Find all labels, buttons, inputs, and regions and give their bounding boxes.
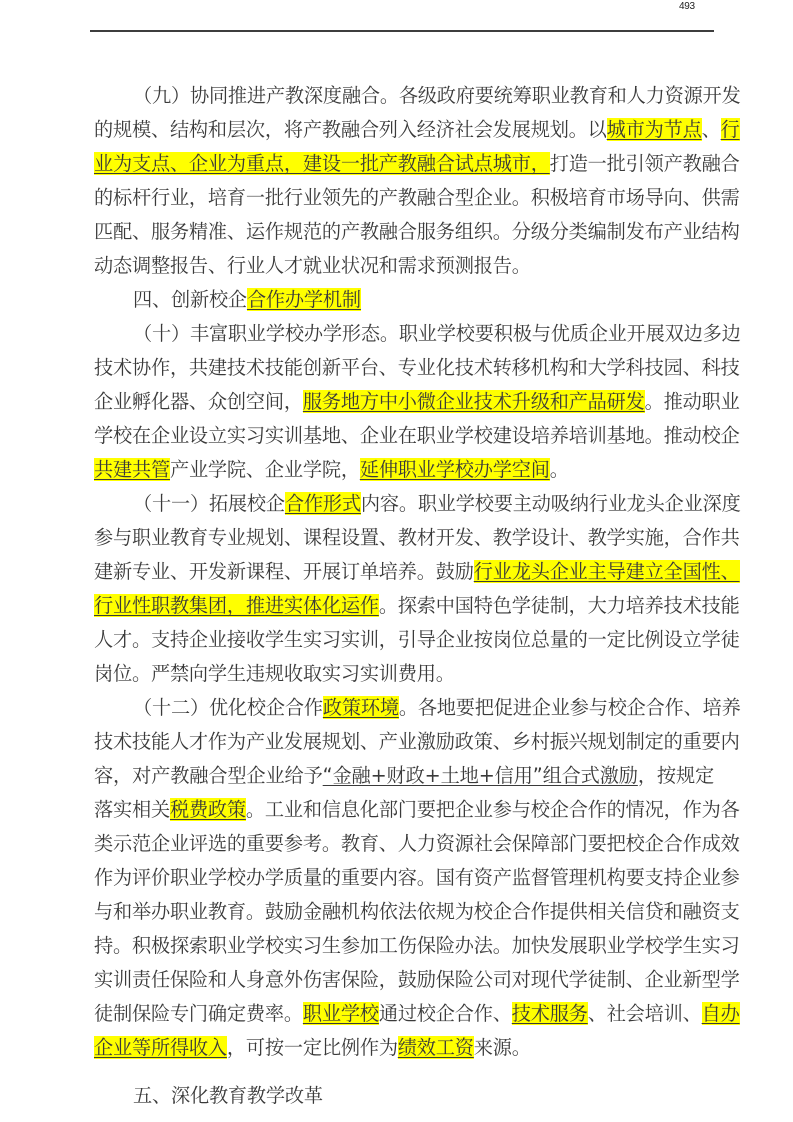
highlighted-text: 企业等所得收入	[94, 1036, 227, 1059]
highlighted-text: 共建共管	[94, 458, 170, 481]
highlighted-text: 绩效工资	[398, 1036, 474, 1059]
text-segment: 容，对产教融合型企业给予	[94, 764, 323, 787]
text-segment: ，可按一定比例作为	[227, 1036, 398, 1059]
text-segment: 。工业和信息化部门要把企业参与校企合作的情况，作为各	[246, 798, 740, 821]
text-line: 作为评价职业学校办学质量的重要内容。国有资产监督管理机构要支持企业参	[94, 866, 714, 890]
text-segment: 来源。	[474, 1036, 531, 1059]
text-segment: 。各地要把促进企业参与校企合作、培养	[399, 696, 741, 719]
highlighted-text: 自办	[702, 1002, 740, 1025]
text-line: （十）丰富职业学校办学形态。职业学校要积极与优质企业开展双边多边	[133, 322, 714, 346]
text-segment: 内容。职业学校要主动吸纳行业龙头企业深度	[361, 492, 741, 515]
text-line: 类示范企业评选的重要参考。教育、人力资源社会保障部门要把校企合作成效	[94, 832, 714, 856]
text-segment: 人才。支持企业接收学生实习实训，引导企业按岗位总量的一定比例设立学徒	[94, 628, 740, 651]
text-segment: 作为评价职业学校办学质量的重要内容。国有资产监督管理机构要支持企业参	[94, 866, 740, 889]
highlighted-text: 合作办学机制	[247, 288, 361, 311]
text-line: 徒制保险专门确定费率。职业学校通过校企合作、技术服务、社会培训、自办	[94, 1002, 714, 1026]
highlighted-text: 政策环境	[323, 696, 399, 719]
text-segment: 企业孵化器、众创空间，	[94, 390, 303, 413]
text-segment: （十）丰富职业学校办学形态。职业学校要积极与优质企业开展双边多边	[133, 322, 741, 345]
highlighted-text: 技术服务	[512, 1002, 588, 1025]
text-segment: 岗位。严禁向学生违规收取实习实训费用。	[94, 662, 455, 685]
text-line: 实训责任保险和人身意外伤害保险，鼓励保险公司对现代学徒制、企业新型学	[94, 968, 714, 992]
text-line: 共建共管产业学院、企业学院，延伸职业学校办学空间。	[94, 458, 714, 482]
highlighted-text: 税费政策	[170, 798, 246, 821]
text-segment: 五、深化教育教学改革	[133, 1084, 323, 1107]
highlighted-text: 业为支点、企业为重点，建设一批产教融合试点城市，	[94, 152, 550, 175]
underlined-text: “金融+财政+土地+信用”组合式激励	[323, 764, 638, 787]
text-line: 匹配、服务精准、运作规范的产教融合服务组织。分级分类编制发布产业结构	[94, 220, 714, 244]
text-segment: ，按规定	[638, 764, 714, 787]
text-segment: 四、创新校企	[133, 288, 247, 311]
text-segment: 建新专业、开发新课程、开展订单培养。鼓励	[94, 560, 474, 583]
text-segment: 的规模、结构和层次，将产教融合列入经济社会发展规划。以	[94, 118, 607, 141]
text-line: 容，对产教融合型企业给予“金融+财政+土地+信用”组合式激励，按规定	[94, 764, 714, 788]
text-segment: 打造一批引领产教融合	[550, 152, 740, 175]
text-segment: 。探索中国特色学徒制，大力培养技术技能	[379, 594, 740, 617]
text-segment: 参与职业教育专业规划、课程设置、教材开发、教学设计、教学实施，合作共	[94, 526, 740, 549]
text-segment: 、社会培训、	[588, 1002, 702, 1025]
text-segment: 通过校企合作、	[379, 1002, 512, 1025]
text-line: （十一）拓展校企合作形式内容。职业学校要主动吸纳行业龙头企业深度	[133, 492, 714, 516]
text-line: 人才。支持企业接收学生实习实训，引导企业按岗位总量的一定比例设立学徒	[94, 628, 714, 652]
highlighted-text: 城市为节点	[607, 118, 702, 141]
text-line: 参与职业教育专业规划、课程设置、教材开发、教学设计、教学实施，合作共	[94, 526, 714, 550]
text-line: 企业等所得收入，可按一定比例作为绩效工资来源。	[94, 1036, 714, 1060]
page-number: 493	[679, 1, 695, 12]
highlighted-text: 行业龙头企业主导建立全国性、	[474, 560, 740, 583]
text-line: 五、深化教育教学改革	[133, 1084, 714, 1108]
text-segment: （十二）优化校企合作	[133, 696, 323, 719]
text-line: 落实相关税费政策。工业和信息化部门要把企业参与校企合作的情况，作为各	[94, 798, 714, 822]
text-segment: 产业学院、企业学院，	[170, 458, 360, 481]
text-segment: 。	[550, 458, 569, 481]
text-segment: 类示范企业评选的重要参考。教育、人力资源社会保障部门要把校企合作成效	[94, 832, 740, 855]
text-line: 动态调整报告、行业人才就业状况和需求预测报告。	[94, 254, 714, 278]
text-line: 四、创新校企合作办学机制	[133, 288, 714, 312]
text-segment: 匹配、服务精准、运作规范的产教融合服务组织。分级分类编制发布产业结构	[94, 220, 740, 243]
text-line: （九）协同推进产教深度融合。各级政府要统筹职业教育和人力资源开发	[133, 84, 714, 108]
text-segment: 与和举办职业教育。鼓励金融机构依法依规为校企合作提供相关信贷和融资支	[94, 900, 740, 923]
highlighted-text: 服务地方中小微企业技术升级和产品研发	[303, 390, 645, 413]
text-segment: （十一）拓展校企	[133, 492, 285, 515]
text-line: 学校在企业设立实习实训基地、企业在职业学校建设培养培训基地。推动校企	[94, 424, 714, 448]
highlighted-text: 行	[721, 118, 740, 141]
text-segment: 技术协作，共建技术技能创新平台、专业化技术转移机构和大学科技园、科技	[94, 356, 740, 379]
text-line: （十二）优化校企合作政策环境。各地要把促进企业参与校企合作、培养	[133, 696, 714, 720]
text-segment: 。推动职业	[645, 390, 740, 413]
text-line: 业为支点、企业为重点，建设一批产教融合试点城市，打造一批引领产教融合	[94, 152, 714, 176]
text-segment: 的标杆行业，培育一批行业领先的产教融合型企业。积极培育市场导向、供需	[94, 186, 740, 209]
text-line: 的标杆行业，培育一批行业领先的产教融合型企业。积极培育市场导向、供需	[94, 186, 714, 210]
header-rule	[90, 30, 714, 32]
highlighted-text: 职业学校	[303, 1002, 379, 1025]
text-segment: 持。积极探索职业学校实习生参加工伤保险办法。加快发展职业学校学生实习	[94, 934, 740, 957]
text-line: 技术技能人才作为产业发展规划、产业激励政策、乡村振兴规划制定的重要内	[94, 730, 714, 754]
text-line: 行业性职教集团，推进实体化运作。探索中国特色学徒制，大力培养技术技能	[94, 594, 714, 618]
text-segment: 实训责任保险和人身意外伤害保险，鼓励保险公司对现代学徒制、企业新型学	[94, 968, 740, 991]
highlighted-text: 延伸职业学校办学空间	[360, 458, 550, 481]
text-segment: （九）协同推进产教深度融合。各级政府要统筹职业教育和人力资源开发	[133, 84, 741, 107]
text-line: 企业孵化器、众创空间，服务地方中小微企业技术升级和产品研发。推动职业	[94, 390, 714, 414]
text-line: 建新专业、开发新课程、开展订单培养。鼓励行业龙头企业主导建立全国性、	[94, 560, 714, 584]
text-line: 岗位。严禁向学生违规收取实习实训费用。	[94, 662, 714, 686]
text-segment: 学校在企业设立实习实训基地、企业在职业学校建设培养培训基地。推动校企	[94, 424, 740, 447]
text-segment: 动态调整报告、行业人才就业状况和需求预测报告。	[94, 254, 531, 277]
text-segment: 技术技能人才作为产业发展规划、产业激励政策、乡村振兴规划制定的重要内	[94, 730, 740, 753]
highlighted-text: 行业性职教集团，推进实体化运作	[94, 594, 379, 617]
text-line: 的规模、结构和层次，将产教融合列入经济社会发展规划。以城市为节点、行	[94, 118, 714, 142]
text-line: 持。积极探索职业学校实习生参加工伤保险办法。加快发展职业学校学生实习	[94, 934, 714, 958]
text-segment: 落实相关	[94, 798, 170, 821]
text-segment: 、	[702, 118, 721, 141]
text-line: 技术协作，共建技术技能创新平台、专业化技术转移机构和大学科技园、科技	[94, 356, 714, 380]
highlighted-text: 合作形式	[285, 492, 361, 515]
text-segment: 徒制保险专门确定费率。	[94, 1002, 303, 1025]
text-line: 与和举办职业教育。鼓励金融机构依法依规为校企合作提供相关信贷和融资支	[94, 900, 714, 924]
